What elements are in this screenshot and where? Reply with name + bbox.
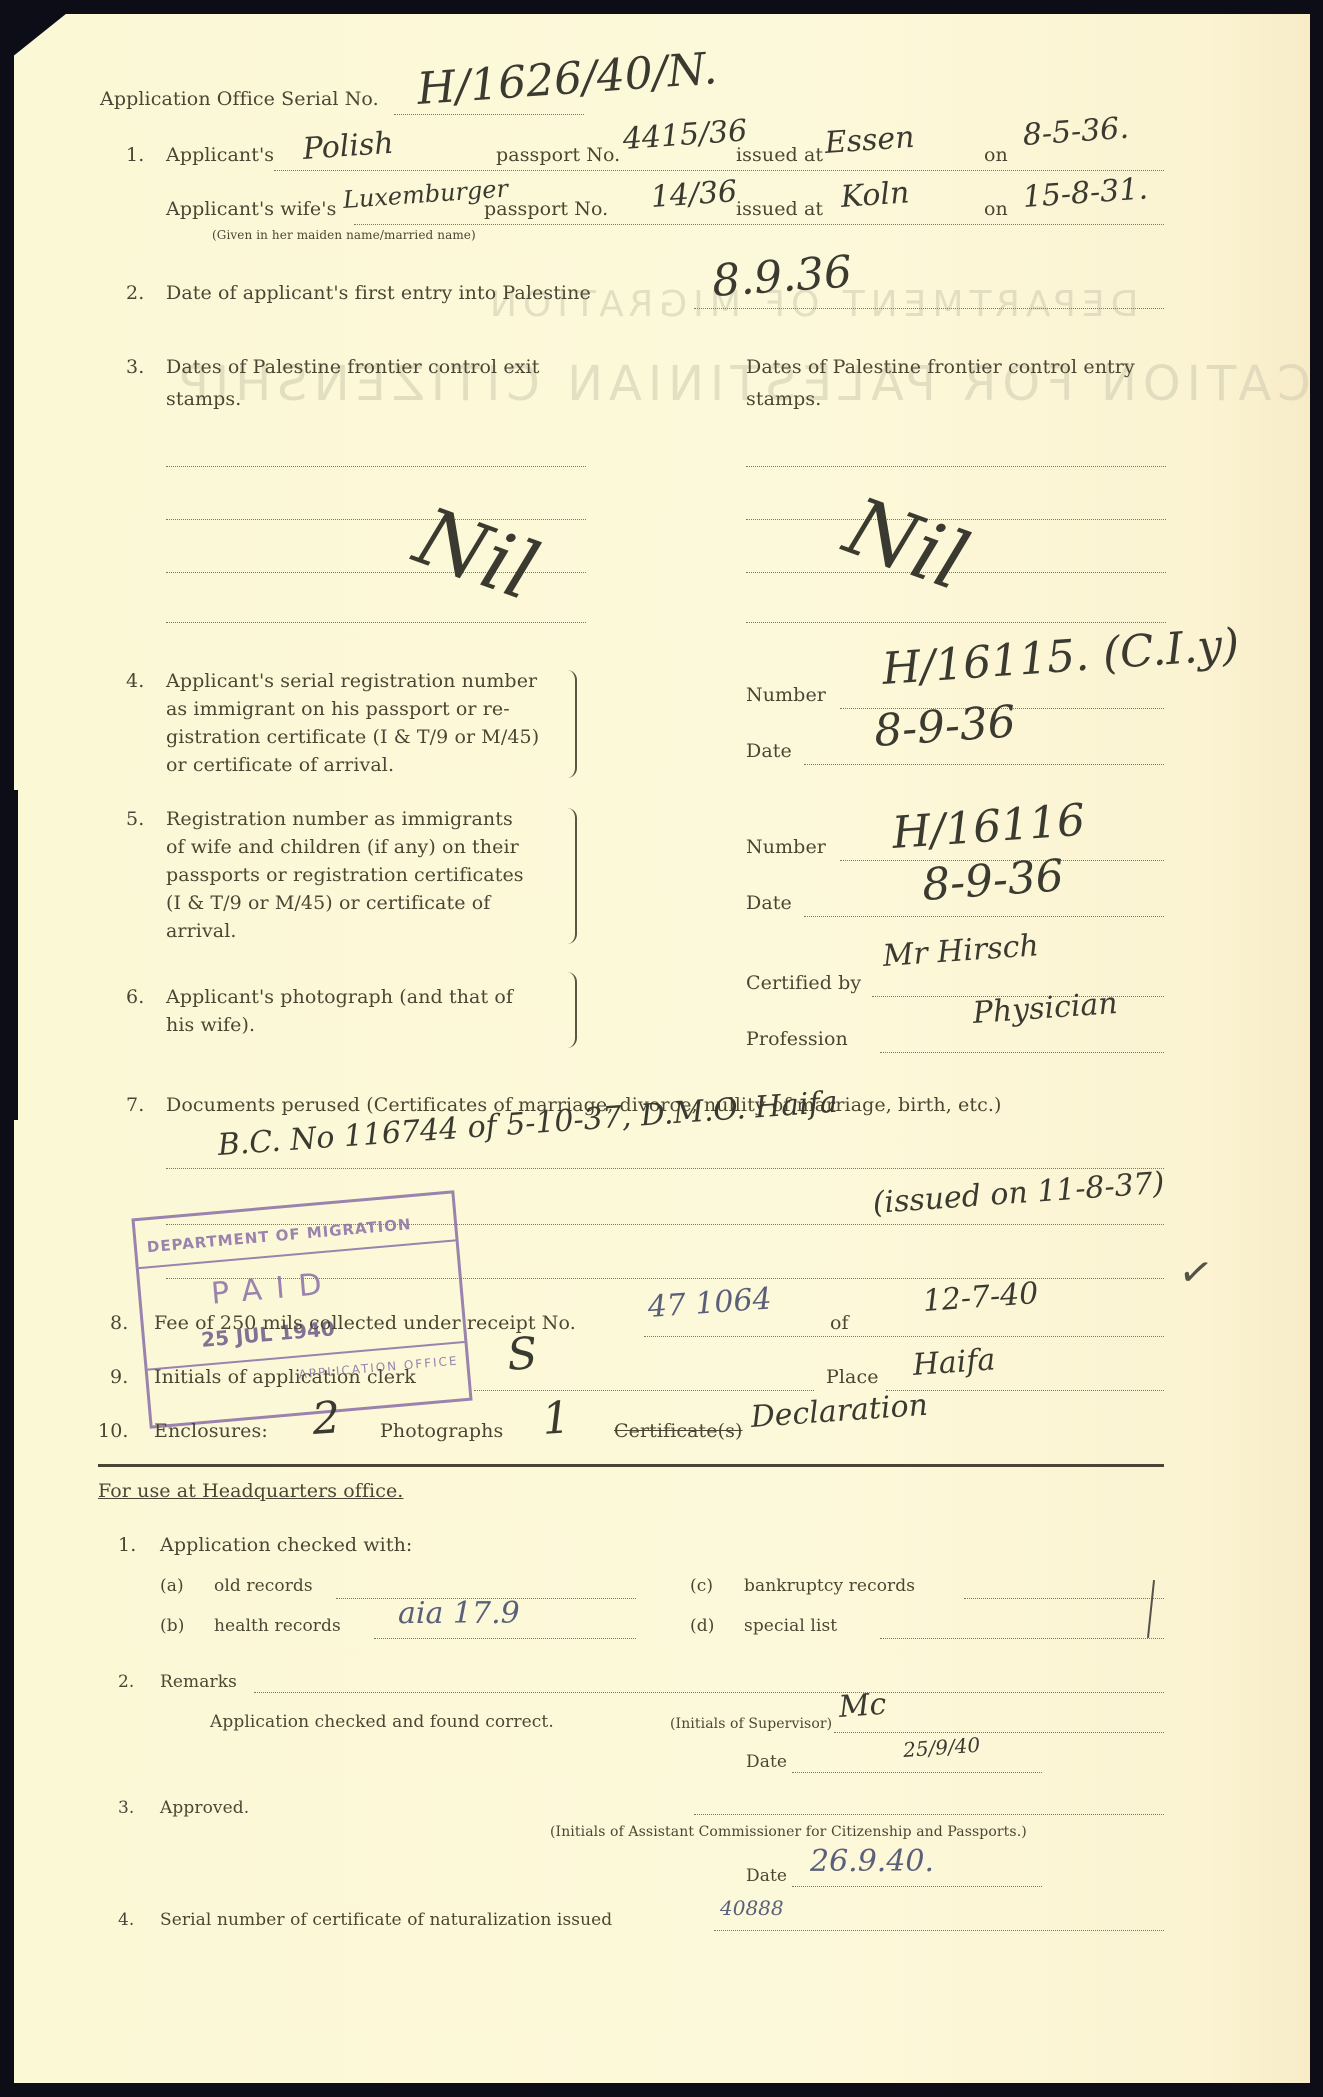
profession-label: Profession [746, 1028, 848, 1050]
item4-line-2: as immigrant on his passport or re- [166, 698, 510, 720]
exit-value: Nil [404, 490, 550, 619]
item6-brace [567, 972, 577, 1048]
hq2-checked-text: Application checked and found correct. [210, 1712, 554, 1732]
hq1-tick-mark [1147, 1580, 1155, 1638]
hq2-date-label: Date [746, 1752, 787, 1772]
stamp-department: DEPARTMENT OF MIGRATION [146, 1215, 412, 1256]
item7-value-line-2: (issued on 11-8-37) [872, 1166, 1166, 1221]
certified-value: Mr Hirsch [882, 928, 1040, 974]
profession-value: Physician [972, 986, 1119, 1031]
item6-line-2: his wife). [166, 1014, 255, 1036]
applicant-label: Applicant's [166, 144, 274, 166]
hq1-num: 1. [118, 1534, 136, 1556]
item4-date-value: 8-9-36 [872, 696, 1017, 757]
item4-line-4: or certificate of arrival. [166, 754, 394, 776]
supervisor-label: (Initials of Supervisor) [670, 1716, 832, 1732]
item4-num: 4. [126, 670, 144, 692]
hq3-num: 3. [118, 1798, 134, 1818]
hq3-initials-line [694, 1814, 1164, 1815]
scan-edge-bottom [0, 2083, 1323, 2097]
item5-brace [567, 808, 577, 944]
hq1-d-label: (d) [690, 1616, 714, 1636]
exit-line-2 [166, 519, 586, 520]
item8-num: 8. [110, 1312, 128, 1334]
issued-at-label: issued at [736, 144, 823, 166]
entry-line-1 [746, 466, 1166, 467]
item2-value: 8.9.36 [710, 246, 853, 307]
document-page: DEPARTMENT OF MIGRATION APPLICATION FOR … [14, 14, 1310, 2088]
issued-at-value: Essen [824, 120, 916, 161]
item3-num: 3. [126, 356, 144, 378]
cert-value: Declaration [750, 1388, 929, 1435]
passport-label: passport No. [496, 144, 620, 166]
item5-line-4: (I & T/9 or M/45) or certificate of [166, 892, 490, 914]
item3-entry-label-2: stamps. [746, 388, 821, 410]
item4-date-line [804, 764, 1164, 765]
item5-line-5: arrival. [166, 920, 237, 942]
item9-num: 9. [110, 1366, 128, 1388]
wife-issued-on: 15-8-31. [1022, 171, 1149, 215]
item5-date-label: Date [746, 892, 792, 914]
wife-passport-label: passport No. [484, 198, 608, 220]
item4-line-1: Applicant's serial registration number [166, 670, 537, 692]
photos-count: 2 [310, 1392, 341, 1445]
item6-line-1: Applicant's photograph (and that of [166, 986, 513, 1008]
exit-line-4 [166, 622, 586, 623]
hq1-d-text: special list [744, 1616, 837, 1636]
hq2-label: Remarks [160, 1672, 237, 1692]
item10-label: Enclosures: [154, 1420, 268, 1442]
of-label: of [830, 1312, 849, 1334]
exit-line-1 [166, 466, 586, 467]
hq2-num: 2. [118, 1672, 134, 1692]
hq1-b-line [374, 1638, 636, 1639]
place-label: Place [826, 1366, 879, 1388]
hq1-c-line [964, 1598, 1164, 1599]
serial-value: H/1626/40/N. [415, 43, 718, 115]
item5-number-label: Number [746, 836, 826, 858]
hq1-label: Application checked with: [160, 1534, 412, 1556]
item4-date-label: Date [746, 740, 792, 762]
certified-label: Certified by [746, 972, 861, 994]
hq1-b-label: (b) [160, 1616, 184, 1636]
wife-issued-at: Koln [840, 175, 911, 215]
item5-date-value: 8-9-36 [920, 850, 1065, 911]
item1-num: 1. [126, 144, 144, 166]
serial-label: Application Office Serial No. [100, 88, 379, 110]
clerk-initials: S [505, 1328, 539, 1381]
section-divider [98, 1464, 1164, 1467]
item2-label: Date of applicant's first entry into Pal… [166, 282, 591, 304]
hq2-date-line [792, 1772, 1042, 1773]
hq4-value: 40888 [720, 1896, 784, 1920]
supervisor-initials: Mc [838, 1687, 888, 1725]
checkmark-icon: ✓ [1175, 1247, 1216, 1298]
hq1-c-text: bankruptcy records [744, 1576, 915, 1596]
hq3-initials-label: (Initials of Assistant Commissioner for … [550, 1824, 1027, 1840]
applicant-nationality: Polish [302, 126, 395, 167]
item3-exit-label-1: Dates of Palestine frontier control exit [166, 356, 539, 378]
hq1-b-value: aia 17.9 [398, 1596, 520, 1631]
item9-initials-line [474, 1390, 814, 1391]
hq3-date-line [792, 1886, 1042, 1887]
wife-passport-no: 14/36 [650, 174, 739, 215]
item7-line-1 [166, 1168, 1164, 1169]
item5-date-line [804, 916, 1164, 917]
item1-line [274, 170, 1164, 171]
item5-line-1: Registration number as immigrants [166, 808, 513, 830]
cert-label: Certificate(s) [614, 1420, 743, 1442]
of-value: 12-7-40 [922, 1276, 1040, 1319]
item4-line-3: gistration certificate (I & T/9 or M/45) [166, 726, 539, 748]
item4-number-label: Number [746, 684, 826, 706]
hq4-label: Serial number of certificate of naturali… [160, 1910, 612, 1930]
hq1-b-text: health records [214, 1616, 341, 1636]
wife-name-note: (Given in her maiden name/married name) [212, 228, 476, 242]
item2-num: 2. [126, 282, 144, 304]
item5-line-3: passports or registration certificates [166, 864, 524, 886]
hq1-a-label: (a) [160, 1576, 184, 1596]
item4-brace [567, 670, 577, 778]
binding-edge [0, 790, 18, 1120]
photos-label: Photographs [380, 1420, 503, 1442]
item5-number-value: H/16116 [890, 795, 1086, 859]
paid-stamp: DEPARTMENT OF MIGRATION PAID 25 JUL 1940… [131, 1190, 472, 1428]
place-line [886, 1390, 1164, 1391]
hq4-line [714, 1930, 1164, 1931]
hq1-c-label: (c) [690, 1576, 713, 1596]
wife-issued-label: issued at [736, 198, 823, 220]
place-value: Haifa [912, 1342, 997, 1383]
hq4-num: 4. [118, 1910, 134, 1930]
item5-num: 5. [126, 808, 144, 830]
on-label: on [984, 144, 1008, 166]
wife-on-label: on [984, 198, 1008, 220]
item4-number-value: H/16115. (C.I.y) [880, 619, 1240, 695]
wife-line [354, 224, 1164, 225]
entry-value: Nil [834, 480, 980, 609]
profession-line [880, 1052, 1164, 1053]
hq2-date-value: 25/9/40 [902, 1733, 981, 1762]
hq2-line [254, 1692, 1164, 1693]
hq1-d-line [880, 1638, 1164, 1639]
item8-line [644, 1336, 1164, 1337]
item10-num: 10. [98, 1420, 129, 1442]
item3-entry-label-1: Dates of Palestine frontier control entr… [746, 356, 1135, 378]
passport-no: 4415/36 [622, 113, 749, 157]
item2-line [694, 308, 1164, 309]
wife-label: Applicant's wife's [166, 198, 336, 220]
hq1-a-text: old records [214, 1576, 313, 1596]
item9-label: Initials of application clerk [154, 1366, 416, 1388]
entry-line-4 [746, 622, 1166, 623]
hq-heading: For use at Headquarters office. [98, 1480, 403, 1502]
item5-line-2: of wife and children (if any) on their [166, 836, 519, 858]
stamp-status: PAID [210, 1266, 337, 1312]
issued-on-value: 8-5-36. [1022, 111, 1130, 153]
supervisor-line [834, 1732, 1164, 1733]
item3-exit-label-2: stamps. [166, 388, 241, 410]
hq3-date-label: Date [746, 1866, 787, 1886]
hq3-date-value: 26.9.40. [810, 1844, 934, 1879]
item6-num: 6. [126, 986, 144, 1008]
hq3-label: Approved. [160, 1798, 249, 1818]
item7-num: 7. [126, 1094, 144, 1116]
receipt-no: 47 1064 [647, 1281, 773, 1325]
cert-count: 1 [540, 1392, 571, 1445]
